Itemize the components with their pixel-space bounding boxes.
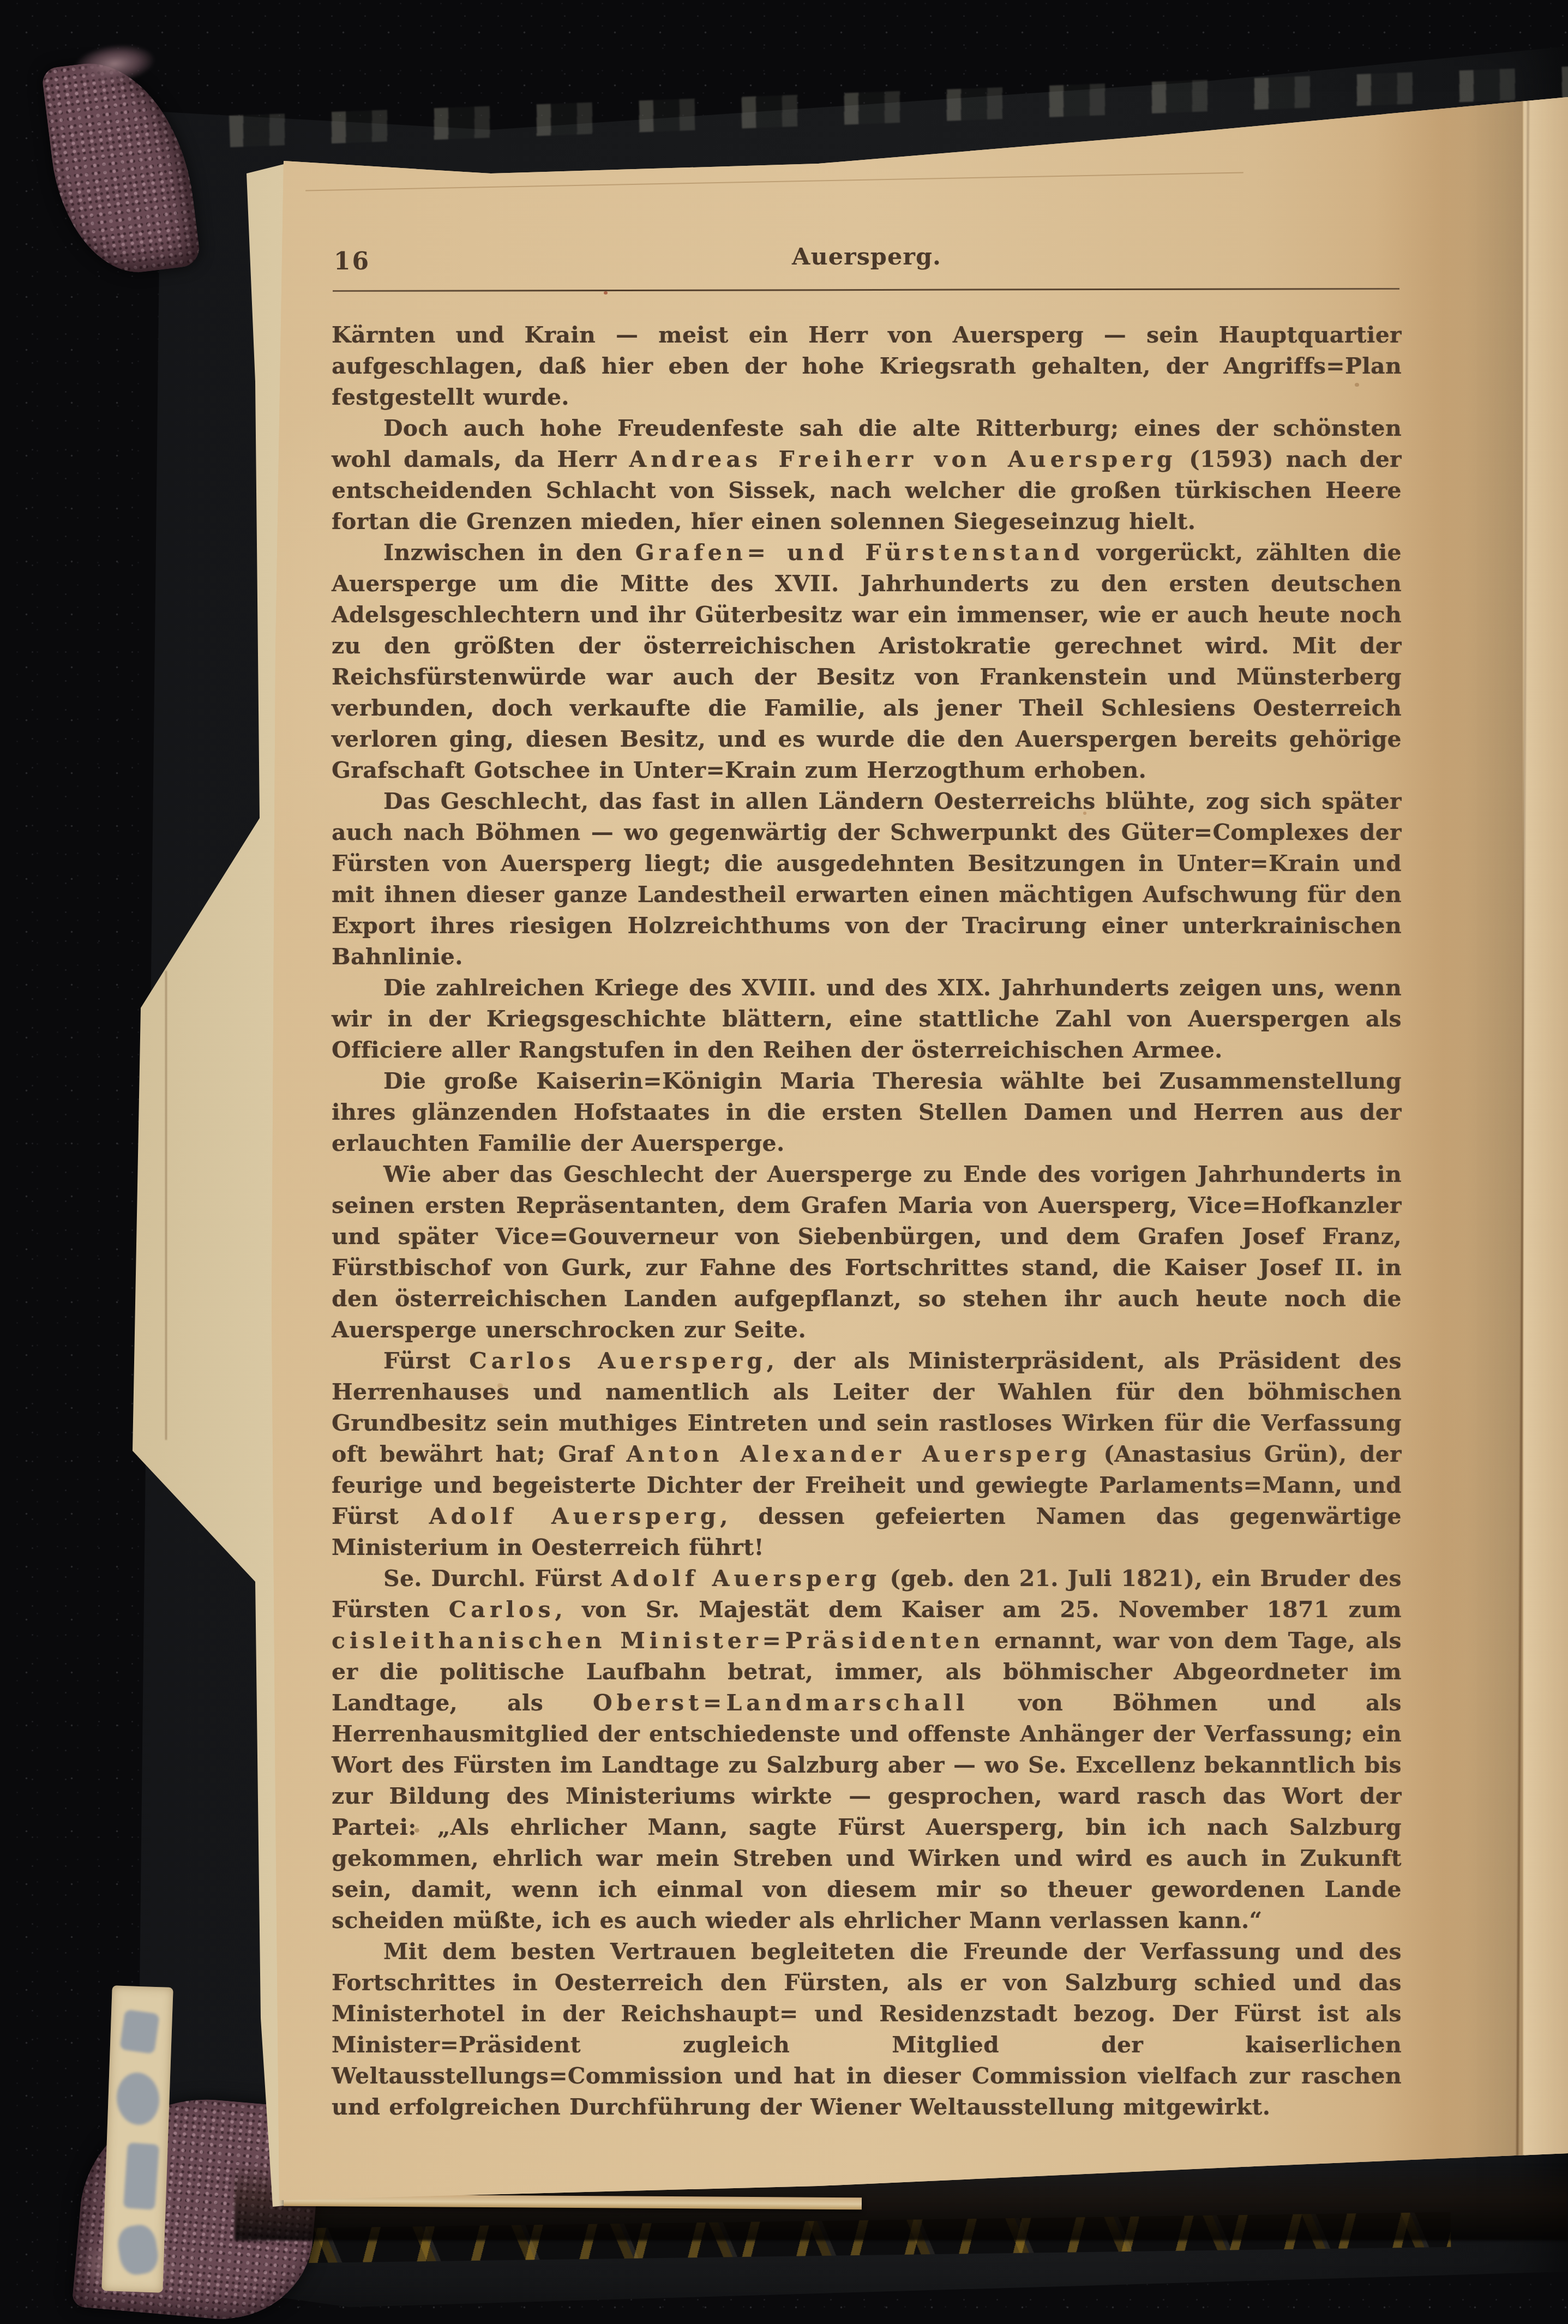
paragraph: Kärnten und Krain — meist ein Herr von A…: [332, 320, 1402, 413]
letterspaced-name: Carlos: [449, 1596, 555, 1623]
foxing-speck: [712, 512, 716, 515]
foxing-speck: [1355, 383, 1359, 387]
text-run: Fürst: [383, 1348, 469, 1374]
letterspaced-name: Andreas Freiherr von Auersperg: [629, 446, 1176, 472]
body-text: Kärnten und Krain — meist ein Herr von A…: [332, 320, 1402, 2123]
text-run: Se. Durchl. Fürst: [383, 1565, 611, 1592]
paragraph: Inzwischen in den Grafen= und Fürstensta…: [332, 537, 1402, 786]
under-page-edge-line: [305, 172, 1243, 191]
foxing-speck: [414, 1828, 419, 1833]
letterspaced-name: Carlos Auersperg: [469, 1348, 767, 1374]
letterspaced-name: Adolf Auersperg: [429, 1503, 720, 1529]
paragraph: Fürst Carlos Auersperg, der als Minister…: [332, 1346, 1402, 1563]
text-run: vorgerückt, zählten die Auersperge um di…: [332, 539, 1402, 783]
letterspaced-name: cisleithanischen Minister=Präsidenten: [332, 1628, 984, 1654]
text-run: Mit dem besten Vertrauen begleiteten die…: [332, 1938, 1402, 2120]
running-title: Auersperg.: [792, 245, 941, 269]
letterspaced-name: Oberst=Landmarschall: [593, 1690, 969, 1716]
foxing-speck: [1083, 812, 1086, 815]
paragraph: Se. Durchl. Fürst Adolf Auersperg (geb. …: [332, 1563, 1402, 1936]
text-run: Das Geschlecht, das fast in allen Länder…: [332, 788, 1402, 970]
text-run: Wie aber das Geschlecht der Auersperge z…: [332, 1161, 1402, 1343]
foxing-speck: [604, 291, 608, 295]
page-edge-crease: [165, 971, 167, 1440]
gutter-shadow: [1374, 82, 1523, 2182]
library-stamp: [119, 2009, 160, 2054]
text-run: Inzwischen in den: [383, 539, 635, 566]
letterspaced-name: Grafen= und Fürstenstand: [635, 539, 1084, 566]
library-stamp: [123, 2142, 159, 2210]
text-run: Kärnten und Krain — meist ein Herr von A…: [332, 322, 1402, 410]
header-rule: [333, 288, 1399, 292]
paragraph: Doch auch hohe Freudenfeste sah die alte…: [332, 413, 1402, 537]
adjacent-page-edge: [1524, 87, 1568, 2165]
foxing-speck: [497, 1383, 503, 1388]
worn-corner-top-left: [41, 52, 201, 281]
frayed-cloth: [71, 40, 157, 88]
scanned-book-photo: 16 Auersperg. Kärnten und Krain — meist …: [0, 0, 1568, 2324]
paragraph: Die große Kaiserin=Königin Maria Theresi…: [332, 1066, 1402, 1159]
text-run: Die große Kaiserin=Königin Maria Theresi…: [332, 1068, 1402, 1156]
text-run: , von Sr. Majestät dem Kaiser am 25. Nov…: [555, 1596, 1402, 1623]
letterspaced-name: Adolf Auersperg: [611, 1565, 881, 1592]
letterspaced-name: Anton Alexander Auersperg: [627, 1441, 1091, 1467]
paragraph: Das Geschlecht, das fast in allen Länder…: [332, 786, 1402, 972]
paragraph: Die zahlreichen Kriege des XVIII. und de…: [332, 972, 1402, 1066]
text-run: von Böhmen und als Herrenhausmitglied de…: [332, 1690, 1402, 1933]
paragraph: Mit dem besten Vertrauen begleiteten die…: [332, 1936, 1402, 2123]
page-number: 16: [334, 250, 370, 274]
paragraph: Wie aber das Geschlecht der Auersperge z…: [332, 1159, 1402, 1346]
text-run: Die zahlreichen Kriege des XVIII. und de…: [332, 975, 1402, 1063]
